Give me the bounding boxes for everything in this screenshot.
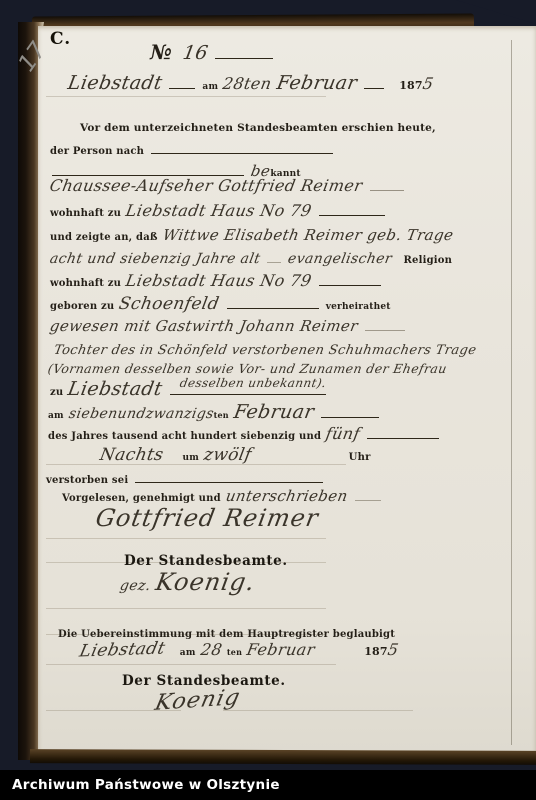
record-number-line: № 16 (150, 40, 275, 64)
death-year-line: des Jahres tausend acht hundert siebenzi… (48, 424, 441, 443)
guide-line (46, 710, 181, 711)
deceased-name: Wittwe Elisabeth Reimer geb. Trage (161, 226, 455, 244)
numero-sign: № (150, 40, 172, 64)
certify-year-written: 5 (386, 640, 400, 659)
register-page: C. № 16 Liebstadt am 28ten Februar 1875 … (38, 26, 536, 756)
geboren-label: geboren zu (50, 301, 114, 312)
registrar-signature-1: Koenig. (153, 568, 257, 596)
certify-line: Die Uebereinstimmung mit dem Hauptregist… (58, 622, 395, 641)
residence-value-2: Liebstadt Haus No 79 (125, 271, 314, 290)
registrar-signature-line-1: gez. Koenig. (120, 568, 255, 596)
blank-rule (367, 425, 439, 439)
death-place-line: zu Liebstadt (50, 378, 328, 400)
residence-line-2: wohnhaft zu Liebstadt Haus No 79 (50, 271, 383, 290)
blank-rule (215, 45, 273, 59)
registrar-label-2: Der Standesbeamte. (122, 673, 286, 689)
verstorben-label: verstorben sei (46, 475, 128, 486)
death-time-line: Nachts um zwölf Uhr (100, 445, 371, 465)
registrar-label-1: Der Standesbeamte. (124, 553, 288, 569)
am-label-2: am (48, 411, 64, 421)
parentage-line: Tochter des in Schönfeld verstorbenen Sc… (54, 339, 476, 358)
death-month-value: Februar (232, 401, 316, 423)
blank-rule (135, 469, 323, 483)
header-year-written: 5 (421, 74, 435, 93)
death-date-line: am siebenundzwanzigsten Februar (48, 401, 381, 423)
spouse-line: gewesen mit Gastwirth Johann Reimer (50, 316, 407, 335)
intro-text: Vor dem unterzeichneten Standesbeamten e… (80, 122, 436, 134)
blank-rule (267, 249, 281, 263)
blank-rule (170, 381, 326, 395)
certify-day: 28 (199, 640, 224, 659)
registrar-heading-2: Der Standesbeamte. (122, 670, 286, 689)
blank-rule (365, 317, 405, 331)
guide-line (46, 608, 326, 609)
person-nach-label: der Person nach (50, 146, 144, 157)
page-fold-line (511, 40, 512, 745)
header-month: Februar (275, 72, 359, 94)
death-place-value: Liebstadt (67, 378, 165, 400)
archive-watermark-bar: Archiwum Państwowe w Olsztynie (0, 770, 536, 800)
corner-letter-text: C. (50, 29, 71, 49)
verheirathet-label: verheirathet (326, 302, 391, 312)
certify-year-printed: 187 (364, 645, 388, 658)
archive-name: Archiwum Państwowe w Olsztynie (12, 777, 280, 793)
blank-rule (364, 75, 384, 89)
spouse-text: gewesen mit Gastwirth Johann Reimer (48, 317, 359, 335)
certify-place: Liebstadt (78, 639, 168, 662)
um-label: um (183, 453, 199, 463)
verstorben-line: verstorben sei (46, 468, 325, 487)
declarant-signature: Gottfried Reimer (94, 504, 321, 532)
closing-written-text: unterschrieben (224, 487, 349, 505)
year-printed-text: des Jahres tausend acht hundert siebenzi… (48, 431, 321, 442)
intro-line: Vor dem unterzeichneten Standesbeamten e… (80, 116, 436, 135)
corner-letter: C. (50, 29, 71, 49)
blank-rule (151, 140, 333, 154)
blank-rule (319, 272, 381, 286)
deceased-line: und zeigte an, daß Wittwe Elisabeth Reim… (50, 225, 453, 244)
guide-line (46, 464, 346, 465)
wohnhaft-label-1: wohnhaft zu (50, 208, 121, 219)
closing-printed-text: Vorgelesen, genehmigt und (62, 493, 221, 504)
guide-line (46, 664, 336, 665)
time-value: zwölf (202, 445, 253, 465)
blank-rule (169, 75, 195, 89)
header-day: 28ten (222, 74, 274, 93)
blank-rule (319, 202, 385, 216)
blank-rule (355, 487, 381, 501)
header-place: Liebstadt (66, 72, 164, 94)
record-number: 16 (181, 42, 210, 64)
certify-date-line: Liebstadt am 28 ten Februar 1875 (80, 640, 398, 660)
zu-label: zu (50, 387, 63, 398)
am-label: am (202, 82, 218, 92)
guide-line (46, 538, 326, 539)
certify-am-label: am (180, 648, 196, 658)
residence-line-1: wohnhaft zu Liebstadt Haus No 79 (50, 201, 387, 220)
year-written-value: fünf (325, 424, 362, 443)
header-date-line: Liebstadt am 28ten Februar 1875 (68, 72, 433, 94)
blank-rule (321, 404, 379, 418)
certify-text: Die Uebereinstimmung mit dem Hauptregist… (58, 629, 395, 640)
wohnhaft-label-2: wohnhaft zu (50, 278, 121, 289)
gez-label: gez. (119, 578, 153, 594)
guide-line (46, 96, 326, 97)
age-value: acht und siebenzig Jahre alt (49, 251, 262, 267)
registrar-heading-1: Der Standesbeamte. (124, 550, 288, 569)
certify-month: Februar (246, 640, 317, 659)
birthplace-line: geboren zu Schoenfeld verheirathet (50, 294, 391, 314)
blank-rule (370, 177, 404, 191)
blank-rule (52, 162, 244, 176)
residence-value-1: Liebstadt Haus No 79 (125, 201, 314, 220)
religion-value: evangelischer (287, 251, 394, 267)
guide-line (223, 710, 413, 711)
birthplace-value: Schoenfeld (118, 294, 222, 314)
declarant-signature-line: Gottfried Reimer (96, 504, 319, 532)
declarant-name: Chaussee-Aufseher Gottfried Reimer (48, 176, 364, 195)
time-prefix-value: Nachts (98, 445, 165, 465)
closing-line: Vorgelesen, genehmigt und unterschrieben (62, 486, 383, 505)
declarant-line: Chaussee-Aufseher Gottfried Reimer (50, 176, 406, 195)
book-bottom-edge (30, 749, 536, 765)
death-day-value: siebenundzwanzigs (67, 406, 215, 422)
religion-label: Religion (404, 255, 453, 266)
header-year-printed: 187 (399, 79, 423, 92)
zeigte-an-label: und zeigte an, daß (50, 232, 158, 243)
parentage-text: Tochter des in Schönfeld verstorbenen Sc… (53, 343, 478, 358)
registrar-signature-2: Koenig (153, 685, 243, 716)
blank-rule (227, 295, 319, 309)
certify-ten-label: ten (227, 647, 242, 657)
ten-label: ten (214, 410, 229, 420)
person-nach-line: der Person nach (50, 139, 335, 158)
uhr-label: Uhr (349, 452, 371, 463)
age-religion-line: acht und siebenzig Jahre alt evangelisch… (50, 248, 452, 267)
